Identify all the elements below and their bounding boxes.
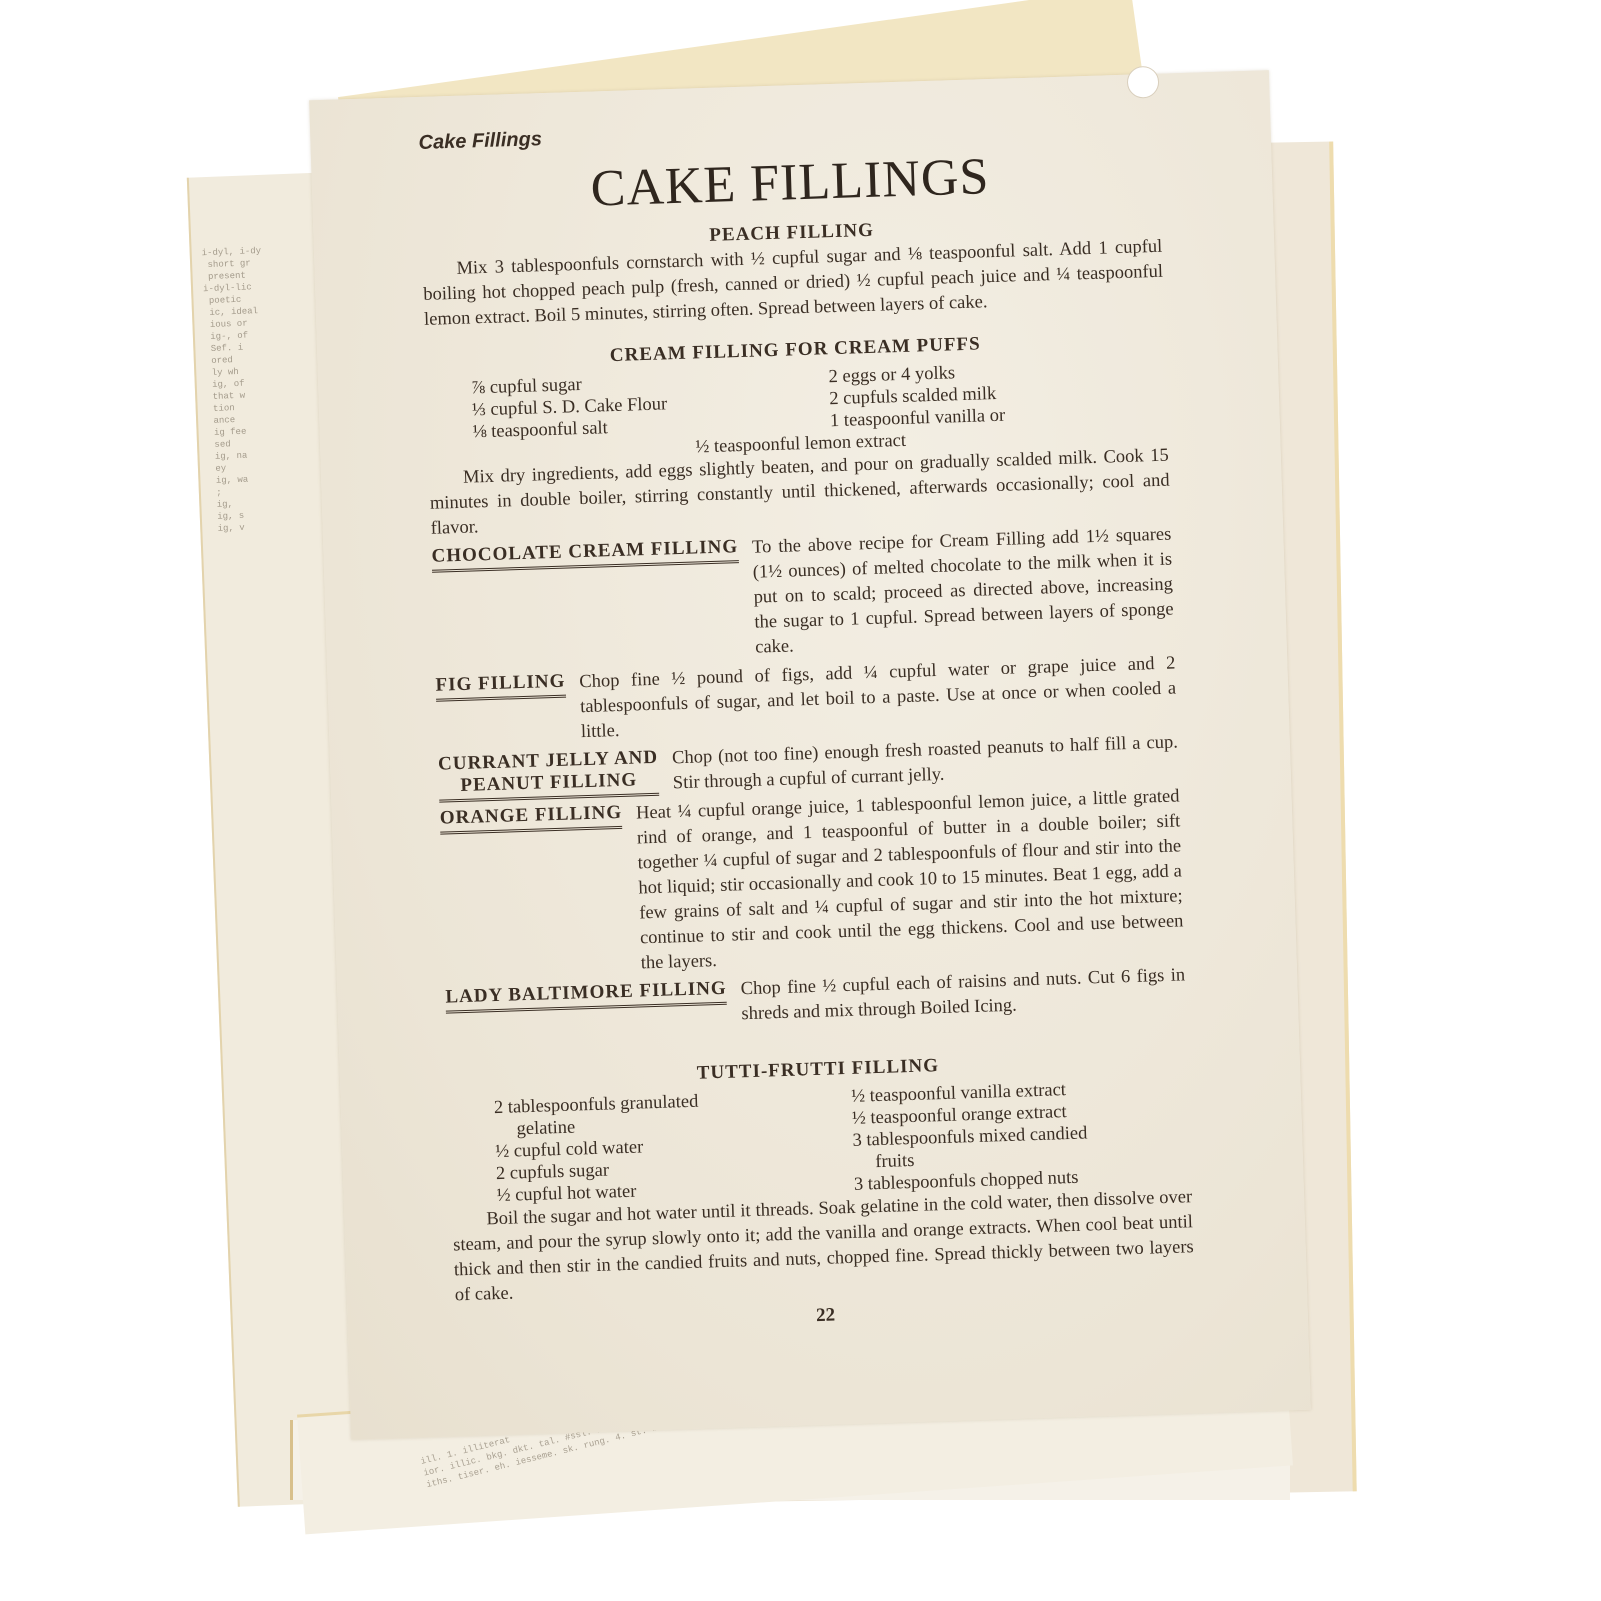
orange-filling-heading: ORANGE FILLING xyxy=(439,802,622,835)
orange-filling-text: Heat ¼ cupful orange juice, 1 tablespoon… xyxy=(636,784,1185,976)
fig-filling-heading: FIG FILLING xyxy=(435,671,566,702)
lady-baltimore-filling-heading: LADY BALTIMORE FILLING xyxy=(445,978,727,1014)
background-page-text: i-dyl, i-dy short gr present i-dyl-lic p… xyxy=(201,244,301,767)
fig-filling-text: Chop fine ½ pound of figs, add ¼ cupful … xyxy=(579,651,1177,745)
orange-filling-section: ORANGE FILLING Heat ¼ cupful orange juic… xyxy=(439,784,1184,982)
chocolate-filling-heading: CHOCOLATE CREAM FILLING xyxy=(431,536,738,573)
punch-hole xyxy=(1127,66,1160,99)
recipe-page: Cake Fillings CAKE FILLINGS PEACH FILLIN… xyxy=(309,70,1311,1439)
page-content: Cake Fillings CAKE FILLINGS PEACH FILLIN… xyxy=(418,109,1196,1339)
page-title: CAKE FILLINGS xyxy=(419,142,1160,224)
chocolate-filling-text: To the above recipe for Cream Filling ad… xyxy=(752,523,1175,661)
chocolate-filling-section: CHOCOLATE CREAM FILLING To the above rec… xyxy=(431,523,1175,671)
currant-filling-heading: CURRANT JELLY AND PEANUT FILLING xyxy=(438,747,659,803)
